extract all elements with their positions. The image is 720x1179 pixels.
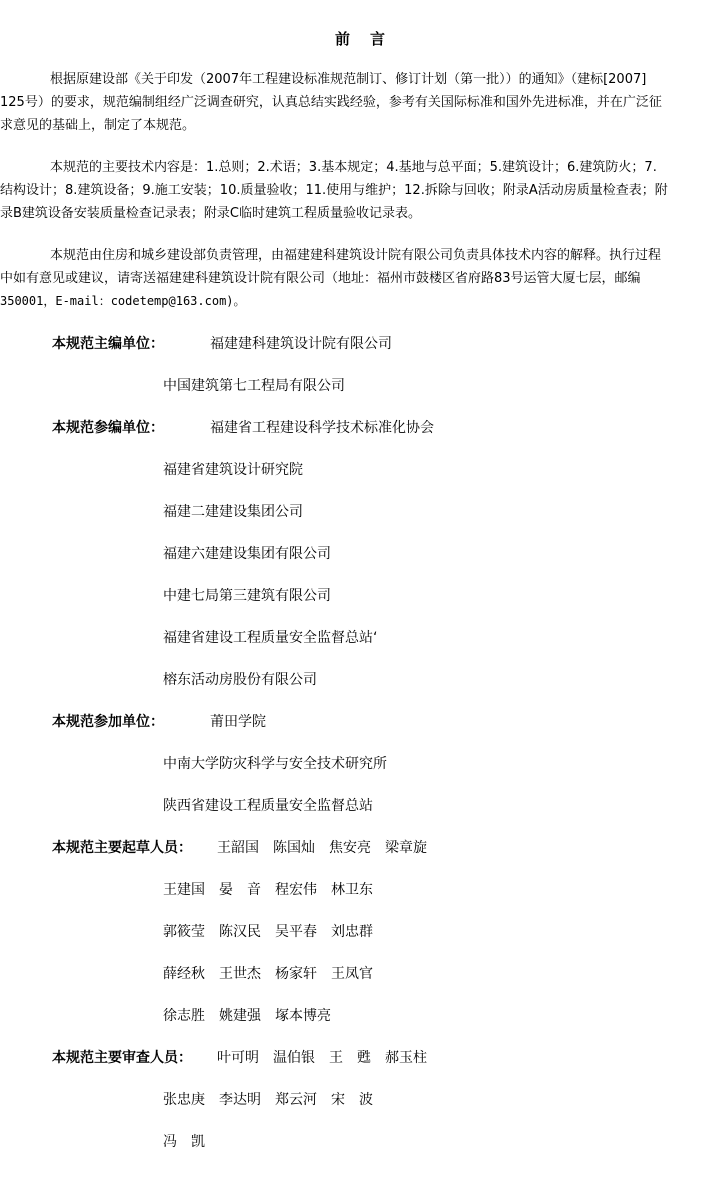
names-list: 徐志胜姚建强塚本博亮 xyxy=(163,1006,345,1026)
paragraph-technical-content: 本规范的主要技术内容是：1.总则；2.术语；3.基本规定；4.基地与总平面；5.… xyxy=(0,156,720,225)
joining-units-row: 中南大学防灾科学与安全技术研究所 xyxy=(0,754,720,774)
participating-units-row: 福建省建筑设计研究院 xyxy=(0,460,720,480)
participating-units-row: 福建二建建设集团公司 xyxy=(0,502,720,522)
participating-units-row: 本规范参编单位： 福建省工程建设科学技术标准化协会 xyxy=(0,418,720,438)
names-list: 冯 凯 xyxy=(163,1132,219,1152)
person-name: 姚建强 xyxy=(219,1006,261,1026)
drafters-row: 王建国晏 音程宏伟林卫东 xyxy=(0,880,720,900)
reviewers-row: 冯 凯 xyxy=(0,1132,720,1152)
unit-item: 福建二建建设集团公司 xyxy=(163,502,303,522)
person-name: 徐志胜 xyxy=(163,1006,205,1026)
reviewers-row: 本规范主要审查人员： 叶可明温伯银王 甦郝玉柱 xyxy=(0,1048,720,1068)
drafters-row: 本规范主要起草人员： 王韶国陈国灿焦安亮梁章旋 xyxy=(0,838,720,858)
unit-item: 福建六建建设集团有限公司 xyxy=(163,544,331,564)
unit-item: 福建建科建筑设计院有限公司 xyxy=(210,334,392,354)
participating-units-row: 福建省建设工程质量安全监督总站‘ xyxy=(0,628,720,648)
person-name: 陈汉民 xyxy=(219,922,261,942)
title-char-1: 前 xyxy=(335,28,350,49)
person-name: 王 甦 xyxy=(329,1048,371,1068)
drafters-row: 郭筱莹陈汉民吴平春刘忠群 xyxy=(0,922,720,942)
person-name: 张忠庚 xyxy=(163,1090,205,1110)
paragraph-line: 中如有意见或建议，请寄送福建建科建筑设计院有限公司（地址：福州市鼓楼区省府路83… xyxy=(0,267,720,290)
paragraph-line: 350001，E-mail：codetemp@163.com)。 xyxy=(0,290,720,313)
paragraph-line: 125号）的要求，规范编制组经广泛调查研究，认真总结实践经验，参考有关国际标准和… xyxy=(0,91,720,114)
names-list: 王建国晏 音程宏伟林卫东 xyxy=(163,880,387,900)
paragraph-line: 本规范的主要技术内容是：1.总则；2.术语；3.基本规定；4.基地与总平面；5.… xyxy=(0,156,720,179)
person-name: 焦安亮 xyxy=(329,838,371,858)
person-name: 塚本博亮 xyxy=(275,1006,331,1026)
chief-units-row: 本规范主编单位： 福建建科建筑设计院有限公司 xyxy=(0,334,720,354)
names-list: 叶可明温伯银王 甦郝玉柱 xyxy=(217,1048,441,1068)
unit-item: 莆田学院 xyxy=(210,712,266,732)
participating-units-row: 福建六建建设集团有限公司 xyxy=(0,544,720,564)
unit-item: 中国建筑第七工程局有限公司 xyxy=(163,376,345,396)
person-name: 宋 波 xyxy=(331,1090,373,1110)
unit-item: 中建七局第三建筑有限公司 xyxy=(163,586,331,606)
unit-item: 福建省工程建设科学技术标准化协会 xyxy=(210,418,434,438)
person-name: 郭筱莹 xyxy=(163,922,205,942)
person-name: 郑云河 xyxy=(275,1090,317,1110)
person-name: 王建国 xyxy=(163,880,205,900)
participating-units-label: 本规范参编单位： xyxy=(52,418,164,438)
chief-units-row: 中国建筑第七工程局有限公司 xyxy=(0,376,720,396)
title-char-2: 言 xyxy=(370,28,385,49)
joining-units-label: 本规范参加单位： xyxy=(52,712,164,732)
reviewers-row: 张忠庚李达明郑云河宋 波 xyxy=(0,1090,720,1110)
unit-item: 中南大学防灾科学与安全技术研究所 xyxy=(163,754,387,774)
names-list: 薛经秋王世杰杨家轩王凤官 xyxy=(163,964,387,984)
person-name: 叶可明 xyxy=(217,1048,259,1068)
paragraph-line: 录B建筑设备安装质量检查记录表；附录C临时建筑工程质量验收记录表。 xyxy=(0,202,720,225)
paragraph-line: 根据原建设部《关于印发（2007年工程建设标准规范制订、修订计划（第一批））的通… xyxy=(0,68,720,91)
person-name: 林卫东 xyxy=(331,880,373,900)
paragraph-management: 本规范由住房和城乡建设部负责管理，由福建建科建筑设计院有限公司负责具体技术内容的… xyxy=(0,244,720,313)
person-name: 薛经秋 xyxy=(163,964,205,984)
page-title: 前言 xyxy=(0,28,720,49)
unit-item: 福建省建筑设计研究院 xyxy=(163,460,303,480)
paragraph-line: 求意见的基础上，制定了本规范。 xyxy=(0,114,720,137)
joining-units-row: 本规范参加单位： 莆田学院 xyxy=(0,712,720,732)
joining-units-row: 陕西省建设工程质量安全监督总站 xyxy=(0,796,720,816)
names-list: 张忠庚李达明郑云河宋 波 xyxy=(163,1090,387,1110)
names-list: 郭筱莹陈汉民吴平春刘忠群 xyxy=(163,922,387,942)
person-name: 王世杰 xyxy=(219,964,261,984)
names-list: 王韶国陈国灿焦安亮梁章旋 xyxy=(217,838,441,858)
person-name: 郝玉柱 xyxy=(385,1048,427,1068)
paragraph-line: 本规范由住房和城乡建设部负责管理，由福建建科建筑设计院有限公司负责具体技术内容的… xyxy=(0,244,720,267)
drafters-label: 本规范主要起草人员： xyxy=(52,838,192,858)
person-name: 陈国灿 xyxy=(273,838,315,858)
person-name: 刘忠群 xyxy=(331,922,373,942)
drafters-row: 徐志胜姚建强塚本博亮 xyxy=(0,1006,720,1026)
person-name: 温伯银 xyxy=(273,1048,315,1068)
paragraph-background: 根据原建设部《关于印发（2007年工程建设标准规范制订、修订计划（第一批））的通… xyxy=(0,68,720,137)
unit-item: 福建省建设工程质量安全监督总站‘ xyxy=(163,628,377,648)
chief-units-label: 本规范主编单位： xyxy=(52,334,164,354)
person-name: 冯 凯 xyxy=(163,1132,205,1152)
person-name: 李达明 xyxy=(219,1090,261,1110)
person-name: 杨家轩 xyxy=(275,964,317,984)
person-name: 梁章旋 xyxy=(385,838,427,858)
participating-units-row: 榕东活动房股份有限公司 xyxy=(0,670,720,690)
reviewers-label: 本规范主要审查人员： xyxy=(52,1048,192,1068)
person-name: 程宏伟 xyxy=(275,880,317,900)
person-name: 王凤官 xyxy=(331,964,373,984)
unit-item: 榕东活动房股份有限公司 xyxy=(163,670,317,690)
person-name: 晏 音 xyxy=(219,880,261,900)
drafters-row: 薛经秋王世杰杨家轩王凤官 xyxy=(0,964,720,984)
paragraph-line: 结构设计；8.建筑设备；9.施工安装；10.质量验收；11.使用与维护；12.拆… xyxy=(0,179,720,202)
unit-item: 陕西省建设工程质量安全监督总站 xyxy=(163,796,373,816)
participating-units-row: 中建七局第三建筑有限公司 xyxy=(0,586,720,606)
person-name: 吴平春 xyxy=(275,922,317,942)
person-name: 王韶国 xyxy=(217,838,259,858)
